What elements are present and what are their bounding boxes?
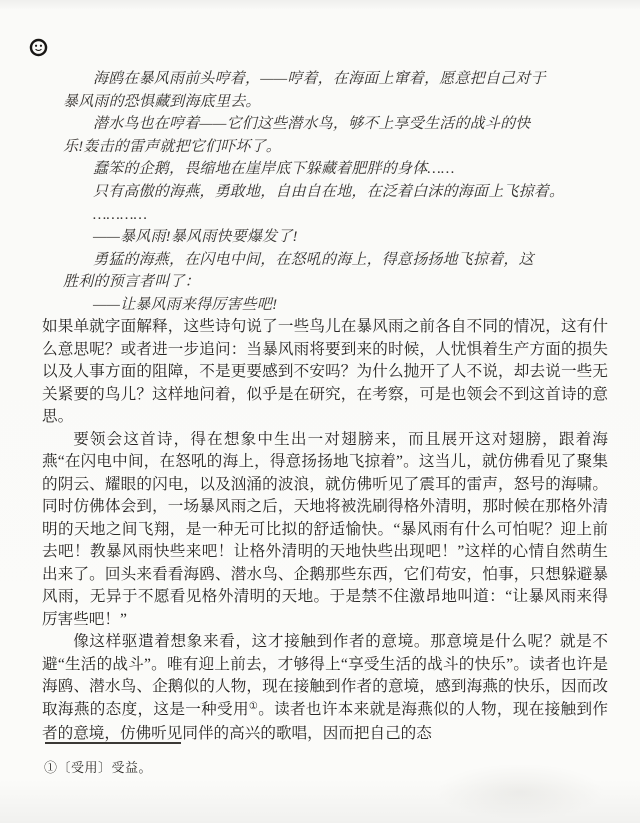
book-page: 海鸥在暴风雨前头哼着，——哼着，在海面上窜着，愿意把自己对于 暴风雨的恐惧藏到海… bbox=[0, 0, 640, 823]
poem-excerpt: 海鸥在暴风雨前头哼着，——哼着，在海面上窜着，愿意把自己对于 暴风雨的恐惧藏到海… bbox=[63, 68, 563, 317]
footnote-ref-marker: ① bbox=[249, 701, 258, 712]
poem-line: 乐!轰击的雷声就把它们吓坏了。 bbox=[63, 136, 563, 159]
poem-line: ——暴风雨!暴风雨快要爆发了! bbox=[63, 226, 563, 249]
poem-line: 胜利的预言者叫了： bbox=[63, 271, 563, 294]
footnote-divider bbox=[45, 742, 181, 744]
commentary-text: 如果单就字面解释，这些诗句说了一些鸟儿在暴风雨之前各自不同的情况，这有什么意思呢… bbox=[42, 316, 608, 746]
body-paragraph: 像这样驱遣着想象来看，这才接触到作者的意境。那意境是什么呢？就是不避“生活的战斗… bbox=[42, 631, 608, 746]
body-paragraph: 如果单就字面解释，这些诗句说了一些鸟儿在暴风雨之前各自不同的情况，这有什么意思呢… bbox=[42, 316, 608, 429]
poem-line: ………… bbox=[63, 204, 563, 227]
poem-line: ——让暴风雨来得厉害些吧! bbox=[63, 294, 563, 317]
body-paragraph: 要领会这首诗，得在想象中生出一对翅膀来，而且展开这对翅膀，跟着海燕“在闪电中间，… bbox=[42, 429, 608, 632]
poem-line: 潜水鸟也在哼着——它们这些潜水鸟，够不上享受生活的战斗的快 bbox=[63, 113, 563, 136]
footnote: ①〔受用〕受益。 bbox=[44, 757, 152, 776]
poem-line: 蠢笨的企鹅，畏缩地在崖岸底下躲藏着肥胖的身体…… bbox=[63, 158, 563, 181]
poem-line: 只有高傲的海燕，勇敢地，自由自在地，在泛着白沫的海面上飞掠着。 bbox=[63, 181, 563, 204]
poem-line: 勇猛的海燕，在闪电中间，在怒吼的海上，得意扬扬地飞掠着，这 bbox=[63, 249, 563, 272]
smiley-watermark-icon bbox=[28, 37, 49, 58]
poem-line: 暴风雨的恐惧藏到海底里去。 bbox=[63, 91, 563, 114]
poem-line: 海鸥在暴风雨前头哼着，——哼着，在海面上窜着，愿意把自己对于 bbox=[63, 68, 563, 91]
